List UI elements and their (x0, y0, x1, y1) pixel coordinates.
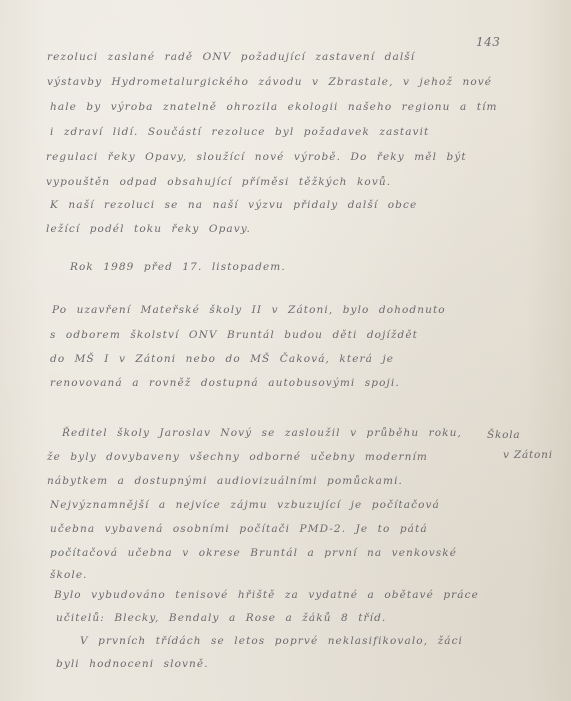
text-line: do MŠ I v Zátoni nebo do MŠ Čaková, kter… (50, 354, 394, 365)
text-line: Po uzavření Mateřské školy II v Zátoni, … (52, 305, 446, 316)
text-line: K naší rezoluci se na naší výzvu přidaly… (50, 200, 417, 211)
text-line: V prvních třídách se letos poprvé neklas… (80, 636, 463, 647)
text-line: škole. (50, 570, 88, 581)
section-heading: Rok 1989 před 17. listopadem. (70, 262, 286, 273)
text-line: že byly dovybaveny všechny odborné učebn… (47, 452, 428, 463)
text-line: učitelů: Blecky, Bendaly a Rose a žáků 8… (56, 613, 386, 624)
text-line: Ředitel školy Jaroslav Nový se zasloužil… (62, 428, 462, 439)
text-line: hale by výroba znatelně ohrozila ekologi… (50, 102, 498, 113)
text-line: rezoluci zaslané radě ONV požadující zas… (47, 52, 415, 63)
text-line: renovovaná a rovněž dostupná autobusovým… (50, 378, 400, 389)
text-line: vypouštěn odpad obsahující příměsi těžký… (46, 177, 391, 188)
text-line: byli hodnoceni slovně. (56, 659, 209, 670)
margin-note-line: Škola (487, 430, 521, 441)
text-line: regulaci řeky Opavy, sloužící nové výrob… (46, 152, 467, 163)
text-line: počítačová učebna v okrese Bruntál a prv… (50, 548, 457, 559)
text-line: výstavby Hydrometalurgického závodu v Zb… (47, 77, 492, 88)
page-number: 143 (476, 35, 500, 49)
margin-note-line: v Zátoni (503, 450, 553, 461)
text-line: nábytkem a dostupnými audiovizuálními po… (47, 476, 403, 487)
text-line: Nejvýznamnější a nejvíce zájmu vzbuzujíc… (50, 500, 440, 511)
handwritten-chronicle-page: 143 rezoluci zaslané radě ONV požadující… (0, 0, 571, 701)
text-line: Bylo vybudováno tenisové hřiště za vydat… (54, 590, 479, 601)
text-line: ležící podél toku řeky Opavy. (46, 224, 251, 235)
text-line: i zdraví lidí. Součástí rezoluce byl pož… (50, 127, 429, 138)
text-line: s odborem školství ONV Bruntál budou dět… (50, 330, 418, 341)
text-line: učebna vybavená osobními počítači PMD-2.… (50, 524, 428, 535)
